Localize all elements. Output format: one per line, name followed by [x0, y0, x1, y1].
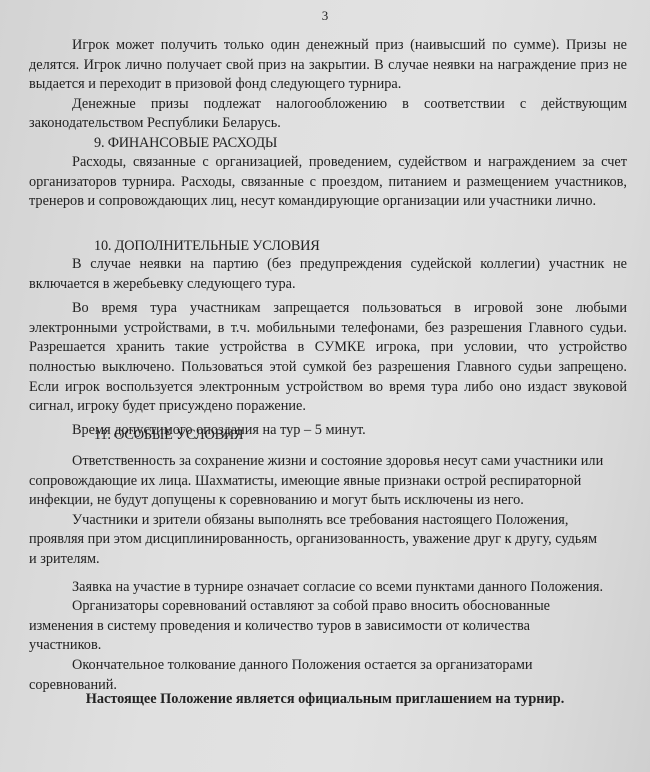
section-10-body: В случае неявки на партию (без предупреж…	[29, 255, 627, 440]
section-10-heading: 10. ДОПОЛНИТЕЛЬНЫЕ УСЛОВИЯ	[94, 237, 320, 257]
section-11-heading: 11. ОСОБЫЕ УСЛОВИЯ	[94, 426, 243, 446]
closing-statement: Настоящее Положение является официальным…	[0, 690, 650, 710]
section-9-paragraph-expenses: Расходы, связанные с организацией, прове…	[29, 153, 627, 212]
section-11-paragraph-discipline: Участники и зрители обязаны выполнять вс…	[29, 511, 604, 570]
section-11-body: Ответственность за сохранение жизни и со…	[29, 452, 604, 695]
intro-block: Игрок может получить только один денежны…	[29, 36, 627, 134]
section-10-paragraph-absence: В случае неявки на партию (без предупреж…	[29, 255, 627, 294]
section-10-paragraph-devices: Во время тура участникам запрещается пол…	[29, 299, 627, 417]
document-page: 3 Игрок может получить только один денеж…	[0, 0, 650, 772]
section-11-paragraph-application: Заявка на участие в турнире означает сог…	[29, 578, 604, 598]
page-number: 3	[0, 6, 650, 26]
section-9-heading: 9. ФИНАНСОВЫЕ РАСХОДЫ	[94, 134, 277, 154]
intro-paragraph-prizes: Игрок может получить только один денежны…	[29, 36, 627, 95]
section-11-paragraph-organizers-rights: Организаторы соревнований оставляют за с…	[29, 597, 604, 656]
section-11-paragraph-responsibility: Ответственность за сохранение жизни и со…	[29, 452, 604, 511]
section-9-body: Расходы, связанные с организацией, прове…	[29, 153, 627, 212]
intro-paragraph-taxes: Денежные призы подлежат налогообложению …	[29, 95, 627, 134]
